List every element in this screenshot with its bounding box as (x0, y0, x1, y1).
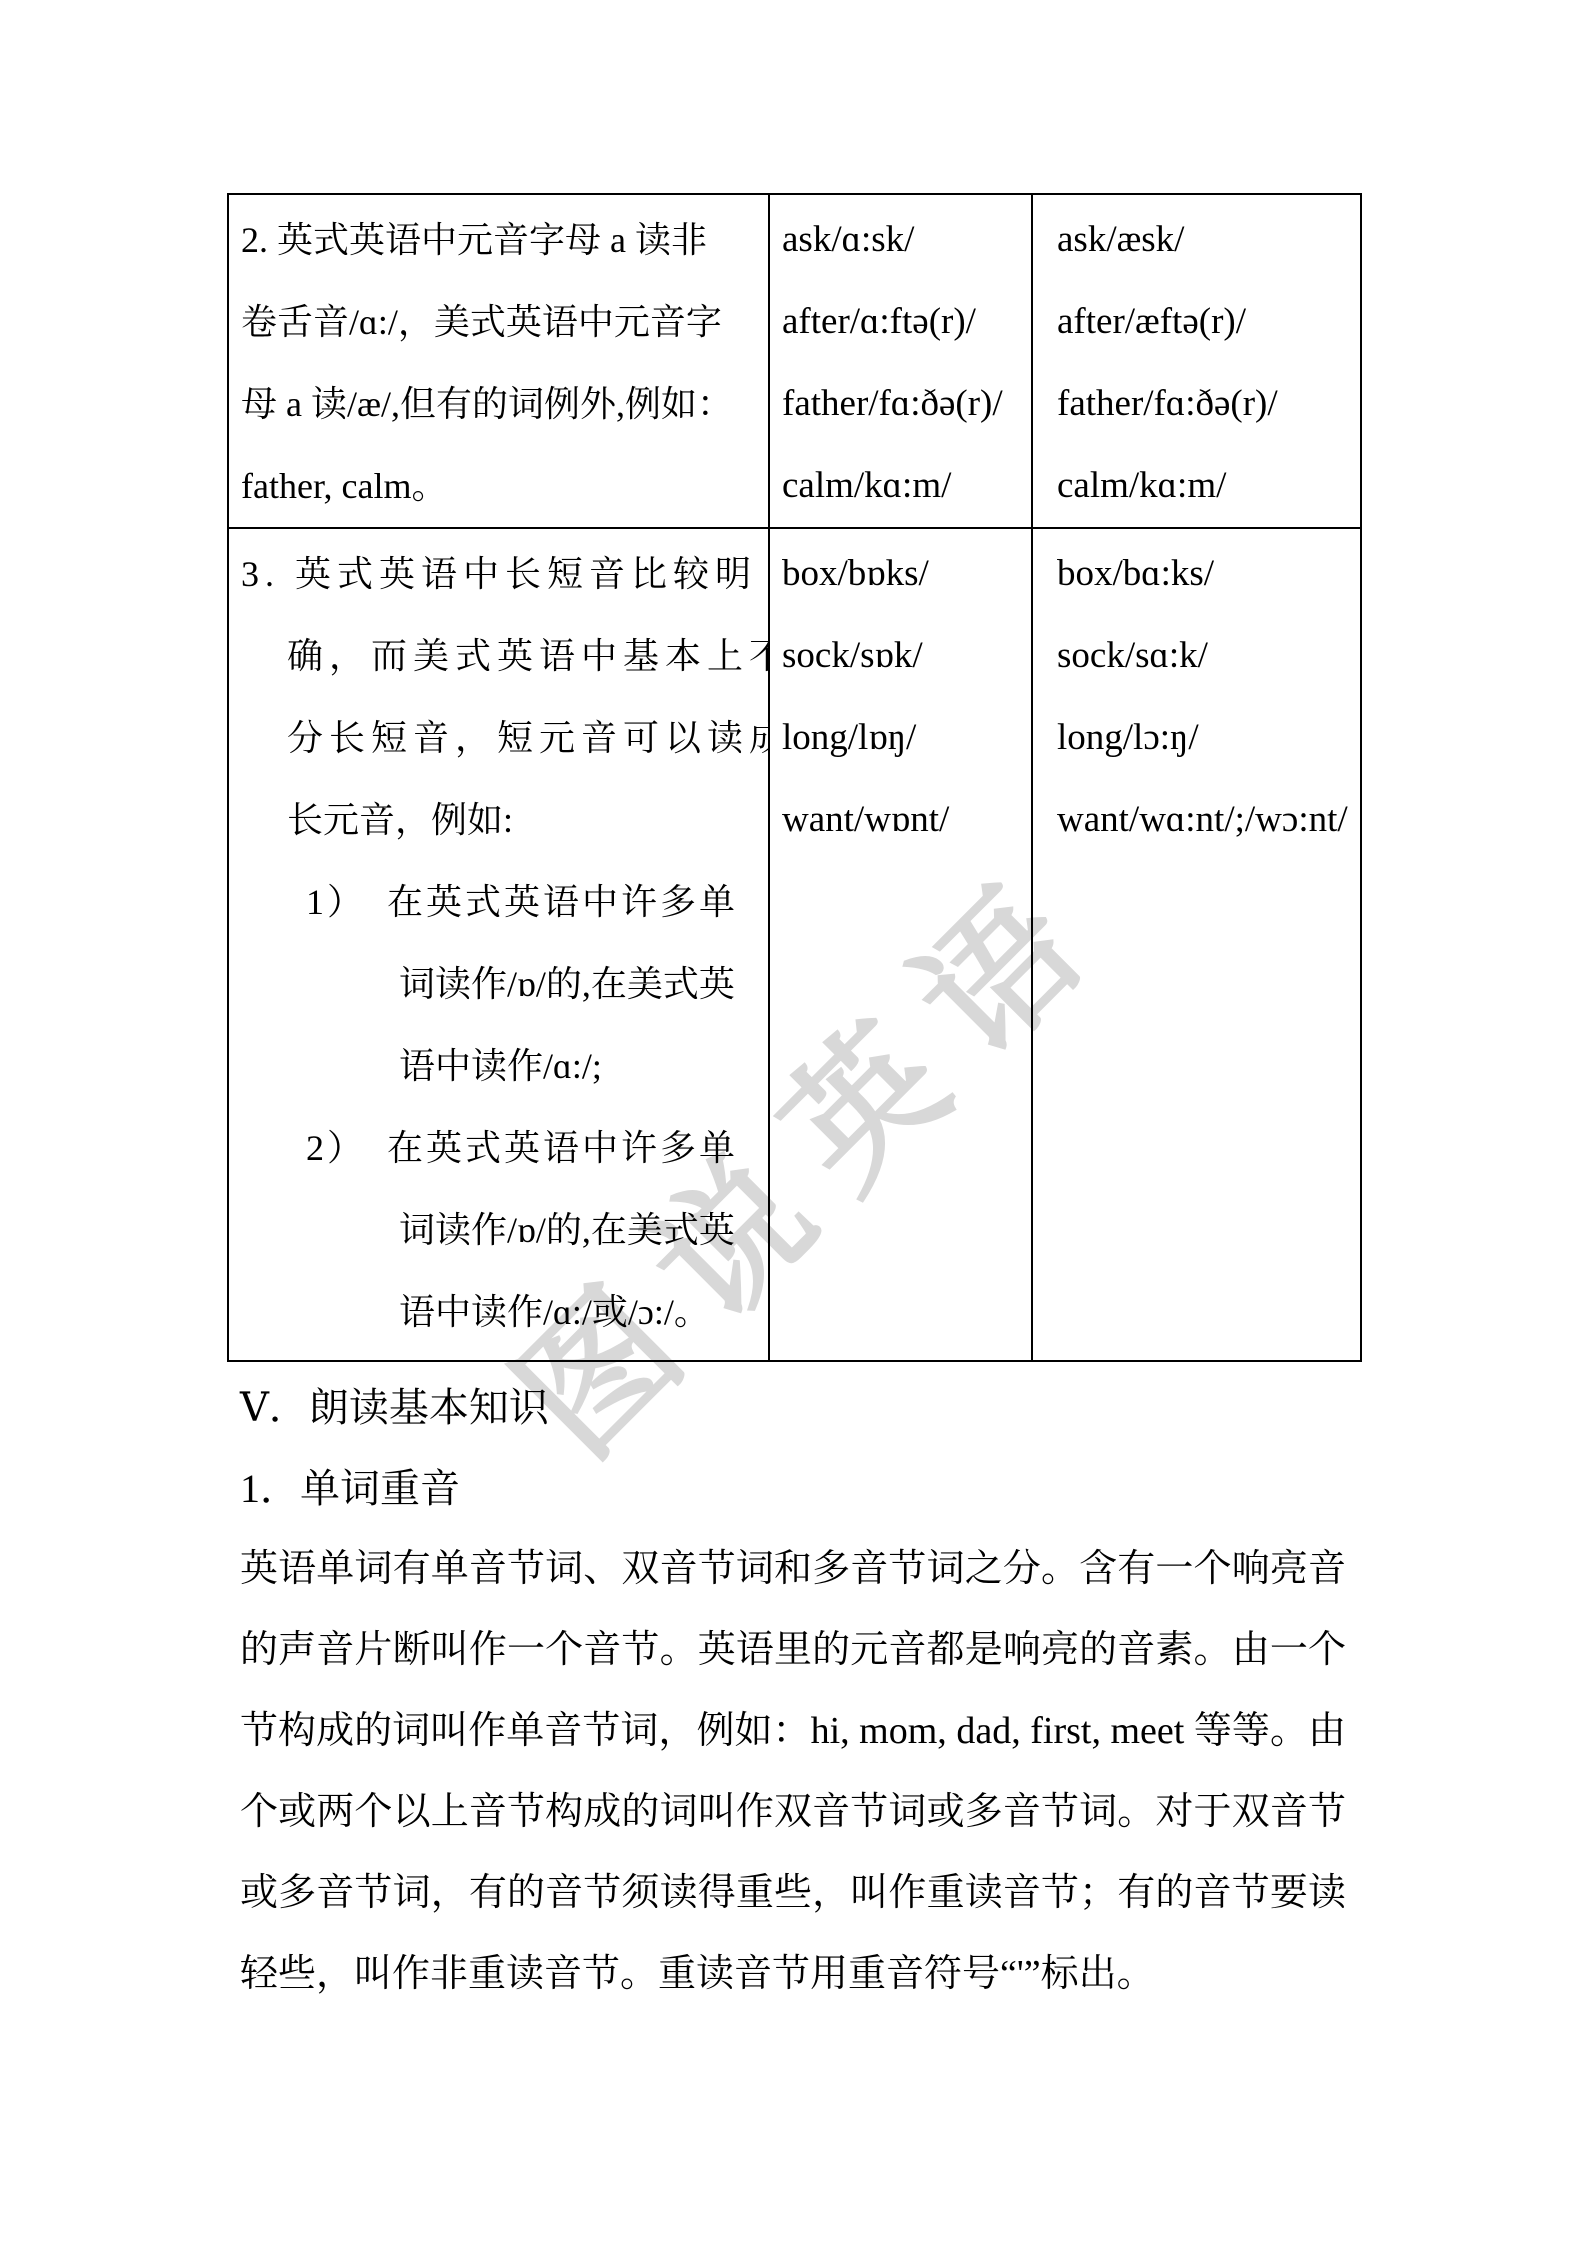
rule-list-item: 1） 在英式英语中许多单 (306, 861, 758, 943)
american-phonetics-cell: ask/æsk/ after/æftə(r)/ father/fɑ:ðə(r)/… (1033, 195, 1360, 527)
american-phonetic: want/wɑ:nt/;/wɔ:nt/ (1057, 779, 1360, 861)
british-phonetic: long/lɒŋ/ (782, 697, 1031, 779)
rule-line: 分长短音，短元音可以读成 (287, 697, 758, 779)
american-phonetic: long/lɔ:ŋ/ (1057, 697, 1360, 779)
rule-line: 确，而美式英语中基本上不 (287, 615, 758, 697)
table-row: 3. 英式英语中长短音比较明 确，而美式英语中基本上不 分长短音，短元音可以读成… (229, 529, 1360, 1360)
british-phonetic: box/bɒks/ (782, 533, 1031, 615)
american-phonetic: father/fɑ:ðə(r)/ (1057, 363, 1360, 445)
british-phonetic: calm/kɑ:m/ (782, 445, 1031, 527)
table-row: 2. 英式英语中元音字母 a 读非 卷舌音/ɑ:/，美式英语中元音字 母 a 读… (229, 195, 1360, 529)
british-phonetic: father/fɑ:ðə(r)/ (782, 363, 1031, 445)
american-phonetics-cell: box/bɑ:ks/ sock/sɑ:k/ long/lɔ:ŋ/ want/wɑ… (1033, 529, 1360, 1360)
rule-list-item-continuation: 词读作/ɒ/的,在美式英 (399, 1189, 758, 1271)
american-phonetic: ask/æsk/ (1057, 199, 1360, 281)
rule-line: 2. 英式英语中元音字母 a 读非 (241, 199, 758, 281)
rule-line: 卷舌音/ɑ:/，美式英语中元音字 (241, 281, 758, 363)
rule-cell: 3. 英式英语中长短音比较明 确，而美式英语中基本上不 分长短音，短元音可以读成… (229, 529, 770, 1360)
rule-list-item: 2） 在英式英语中许多单 (306, 1107, 758, 1189)
pronunciation-comparison-table: 2. 英式英语中元音字母 a 读非 卷舌音/ɑ:/，美式英语中元音字 母 a 读… (227, 193, 1362, 1362)
american-phonetic: after/æftə(r)/ (1057, 281, 1360, 363)
rule-list-item-continuation: 词读作/ɒ/的,在美式英 (399, 943, 758, 1025)
rule-line: 3. 英式英语中长短音比较明 (241, 533, 758, 615)
reading-basics-section: Ⅴ．朗读基本知识 1．单词重音 英语单词有单音节词、双音节词和多音节词之分。含有… (240, 1367, 1346, 2015)
british-phonetic: sock/sɒk/ (782, 615, 1031, 697)
paragraph-line: 英语单词有单音节词、双音节词和多音节词之分。含有一个响亮音素 (240, 1529, 1346, 1610)
rule-cell: 2. 英式英语中元音字母 a 读非 卷舌音/ɑ:/，美式英语中元音字 母 a 读… (229, 195, 770, 527)
paragraph-line: 的声音片断叫作一个音节。英语里的元音都是响亮的音素。由一个音 (240, 1610, 1346, 1691)
british-phonetic: after/ɑ:ftə(r)/ (782, 281, 1031, 363)
paragraph-line: 节构成的词叫作单音节词，例如：hi, mom, dad, first, meet… (240, 1691, 1346, 1772)
british-phonetics-cell: ask/ɑ:sk/ after/ɑ:ftə(r)/ father/fɑ:ðə(r… (770, 195, 1033, 527)
paragraph-line: 轻些，叫作非重读音节。重读音节用重音符号“'”标出。 (240, 1934, 1346, 2015)
rule-line: 母 a 读/æ/,但有的词例外,例如： (241, 363, 758, 445)
american-phonetic: sock/sɑ:k/ (1057, 615, 1360, 697)
british-phonetics-cell: box/bɒks/ sock/sɒk/ long/lɒŋ/ want/wɒnt/ (770, 529, 1033, 1360)
document-page: 图说英语 2. 英式英语中元音字母 a 读非 卷舌音/ɑ:/，美式英语中元音字 … (0, 0, 1587, 2245)
american-phonetic: box/bɑ:ks/ (1057, 533, 1360, 615)
rule-list-item-continuation: 语中读作/ɑ:/或/ɔ:/。 (399, 1271, 758, 1353)
section-heading-v: Ⅴ．朗读基本知识 (240, 1367, 1346, 1448)
british-phonetic: want/wɒnt/ (782, 779, 1031, 861)
rule-line: father, calm。 (241, 445, 758, 527)
subsection-heading-word-stress: 1．单词重音 (240, 1448, 1346, 1529)
american-phonetic: calm/kɑ:m/ (1057, 445, 1360, 527)
rule-list-item-continuation: 语中读作/ɑ:/; (399, 1025, 758, 1107)
paragraph-line: 或多音节词，有的音节须读得重些，叫作重读音节；有的音节要读得 (240, 1853, 1346, 1934)
rule-line: 长元音，例如: (287, 779, 758, 861)
british-phonetic: ask/ɑ:sk/ (782, 199, 1031, 281)
paragraph-line: 个或两个以上音节构成的词叫作双音节词或多音节词。对于双音节词 (240, 1772, 1346, 1853)
